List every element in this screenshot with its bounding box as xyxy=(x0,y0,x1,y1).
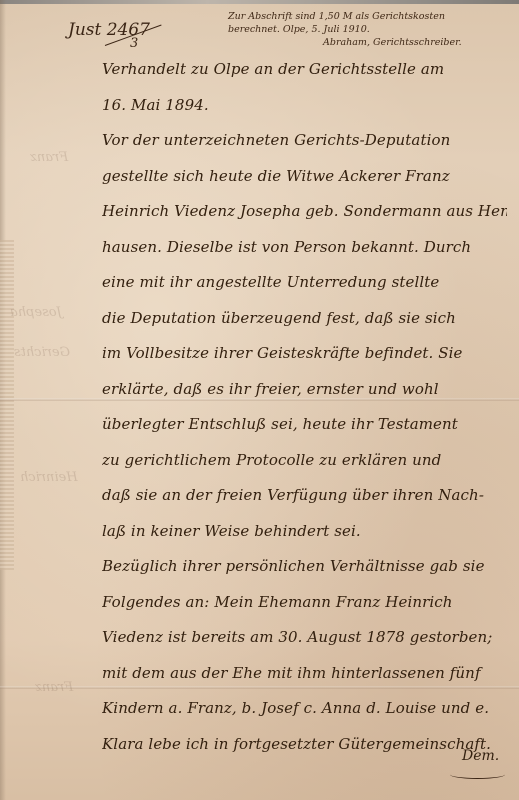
body-line: Viedenz ist bereits am 30. August 1878 g… xyxy=(102,620,507,656)
body-line: im Vollbesitze ihrer Geisteskräfte befin… xyxy=(102,336,507,372)
body-line: Vor der unterzeichneten Gerichts-Deputat… xyxy=(102,123,507,159)
body-line: Verhandelt zu Olpe an der Gerichtsstelle… xyxy=(102,52,507,88)
bleed-through-text: Franz xyxy=(35,680,73,695)
copy-fee-note-line: berechnet. Olpe, 5. Juli 1910. xyxy=(228,23,508,36)
bleed-through-text: Gerichts xyxy=(14,345,70,360)
body-line: Klara lebe ich in fortgesetzter Gütergem… xyxy=(102,727,507,763)
body-line: erklärte, daß es ihr freier, ernster und… xyxy=(102,372,507,408)
body-line: zu gerichtlichem Protocolle zu erklären … xyxy=(102,443,507,479)
copy-fee-note: Zur Abschrift sind 1,50 M als Gerichtsko… xyxy=(228,10,508,49)
body-line: Folgendes an: Mein Ehemann Franz Heinric… xyxy=(102,585,507,621)
bleed-through-text: Josepha xyxy=(10,305,62,320)
body-line: 16. Mai 1894. xyxy=(102,88,507,124)
bleed-through-text: Franz xyxy=(30,150,68,165)
body-line: hausen. Dieselbe ist von Person bekannt.… xyxy=(102,230,507,266)
clerk-signature: Abraham, Gerichtsschreiber. xyxy=(228,36,508,49)
body-line: eine mit ihr angestellte Unterredung ste… xyxy=(102,265,507,301)
bleed-through-text: Heinrich xyxy=(20,470,78,485)
body-line: daß sie an der freien Verfügung über ihr… xyxy=(102,478,507,514)
reference-denominator: 3 xyxy=(130,36,138,51)
body-line: die Deputation überzeugend fest, daß sie… xyxy=(102,301,507,337)
body-line: mit dem aus der Ehe mit ihm hinterlassen… xyxy=(102,656,507,692)
document-page: Franz Josepha Gerichts Heinrich Franz Ju… xyxy=(0,0,519,800)
body-line: Heinrich Viedenz Josepha geb. Sondermann… xyxy=(102,194,507,230)
protocol-body: Verhandelt zu Olpe an der Gerichtsstelle… xyxy=(102,52,507,762)
paper-top-edge xyxy=(0,0,519,4)
body-line: Bezüglich ihrer persönlichen Verhältniss… xyxy=(102,549,507,585)
copy-fee-note-line: Zur Abschrift sind 1,50 M als Gerichtsko… xyxy=(228,10,508,23)
body-line: Kindern a. Franz, b. Josef c. Anna d. Lo… xyxy=(102,691,507,727)
body-line: überlegter Entschluß sei, heute ihr Test… xyxy=(102,407,507,443)
catchword: Dem. xyxy=(462,748,499,764)
body-line: gestellte sich heute die Witwe Ackerer F… xyxy=(102,159,507,195)
binding-strip xyxy=(0,240,14,570)
body-line: laß in keiner Weise behindert sei. xyxy=(102,514,507,550)
catchword-underline xyxy=(450,770,505,779)
